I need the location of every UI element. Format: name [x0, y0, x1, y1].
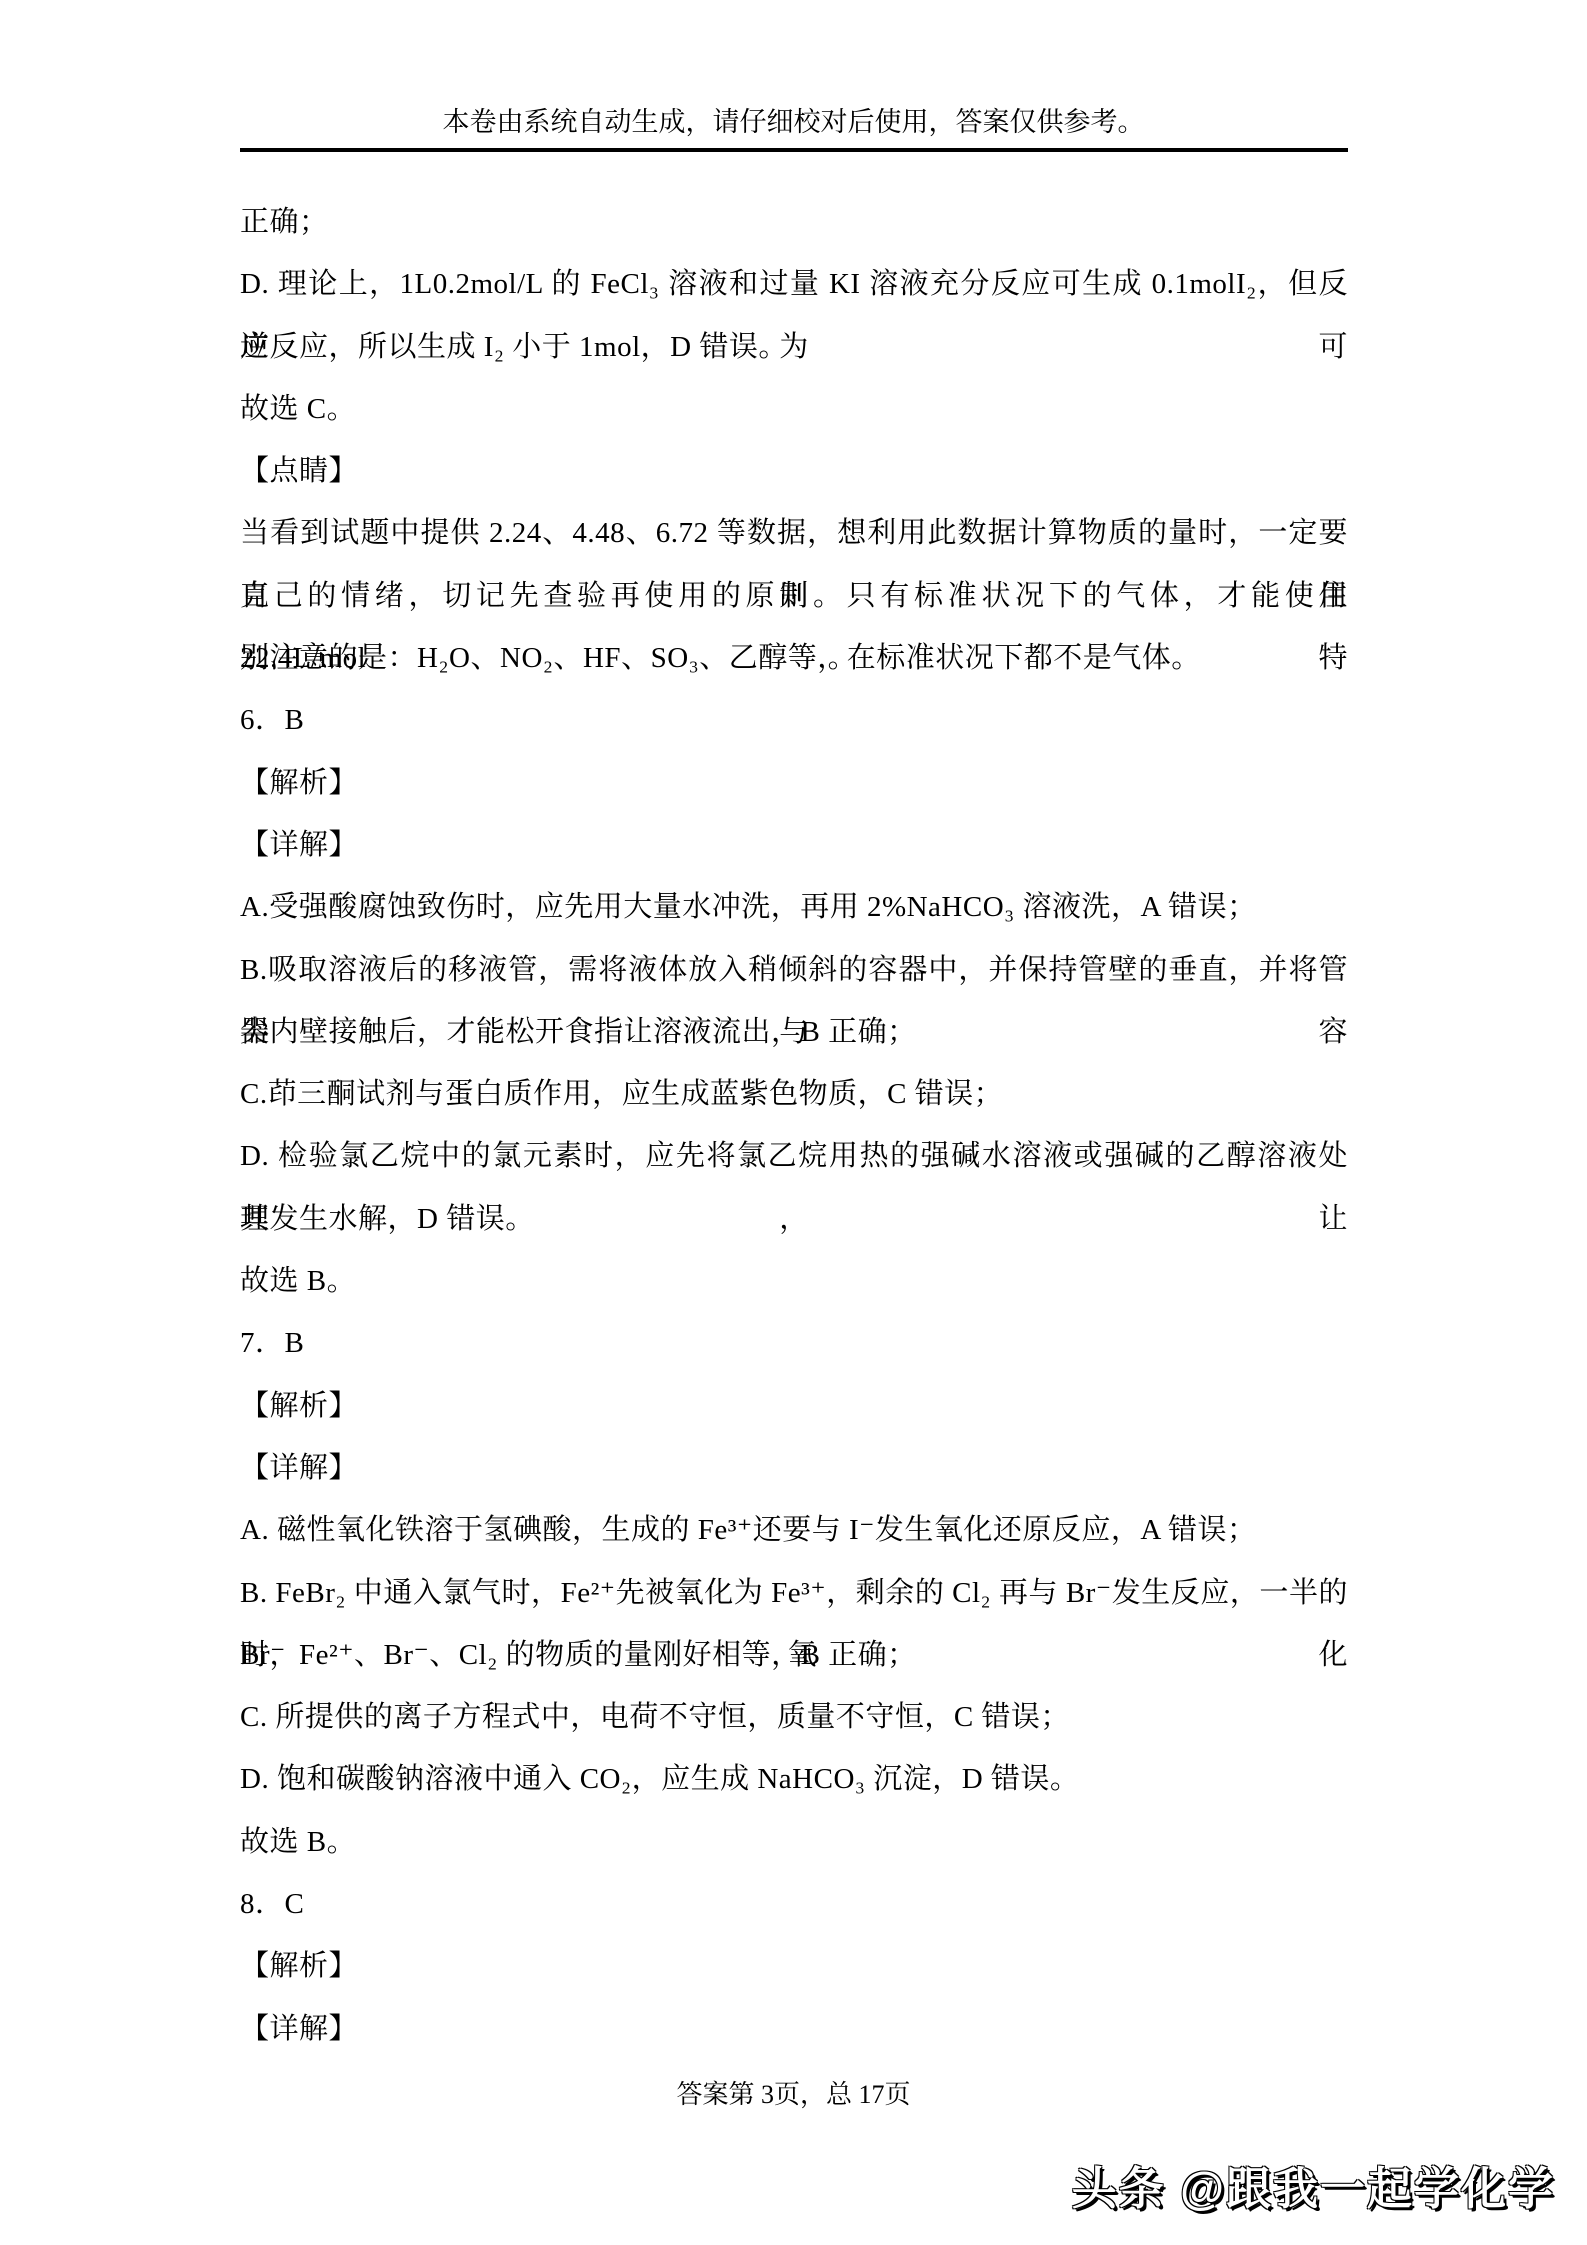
text-line: B.吸取溶液后的移液管，需将液体放入稍倾斜的容器中，并保持管壁的垂直，并将管尖与…: [240, 939, 1348, 1001]
text-line: C. 所提供的离子方程式中，电荷不守恒，质量不守恒，C 错误；: [240, 1686, 1348, 1748]
text-line: 正确；: [240, 191, 1348, 253]
footer-page-number: 答案第 3页，总 17页: [0, 2080, 1587, 2110]
text-line: D. 检验氯乙烷中的氯元素时，应先将氯乙烷用热的强碱水溶液或强碱的乙醇溶液处理，…: [240, 1125, 1348, 1187]
text-line: 8．C: [240, 1873, 1348, 1935]
text-line: A. 磁性氧化铁溶于氢碘酸，生成的 Fe³⁺还要与 I⁻发生氧化还原反应，A 错…: [240, 1499, 1348, 1561]
document-page: 本卷由系统自动生成，请仔细校对后使用，答案仅供参考。 正确；D. 理论上，1L0…: [0, 0, 1587, 2245]
answer-body-text: 正确；D. 理论上，1L0.2mol/L 的 FeCl₃ 溶液和过量 KI 溶液…: [240, 191, 1348, 2060]
text-line: 【详解】: [240, 1998, 1348, 2060]
text-line: 【点睛】: [240, 440, 1348, 502]
text-line: D. 理论上，1L0.2mol/L 的 FeCl₃ 溶液和过量 KI 溶液充分反…: [240, 253, 1348, 315]
text-line: D. 饱和碳酸钠溶液中通入 CO₂，应生成 NaHCO₃ 沉淀，D 错误。: [240, 1748, 1348, 1810]
text-line: 自己的情绪，切记先查验再使用的原则。只有标准状况下的气体，才能使用 22.4L/…: [240, 565, 1348, 627]
text-line: A.受强酸腐蚀致伤时，应先用大量水冲洗，再用 2%NaHCO₃ 溶液洗，A 错误…: [240, 876, 1348, 938]
text-line: 【解析】: [240, 1375, 1348, 1437]
header-divider-rule: [240, 148, 1348, 152]
text-line: 故选 B。: [240, 1811, 1348, 1873]
toutiao-watermark: 头条 @跟我一起学化学: [1072, 2152, 1555, 2217]
text-line: 别注意的是：H₂O、NO₂、HF、SO₃、乙醇等，在标准状况下都不是气体。: [240, 627, 1348, 689]
text-line: C.茚三酮试剂与蛋白质作用，应生成蓝紫色物质，C 错误；: [240, 1063, 1348, 1125]
text-line: 7．B: [240, 1312, 1348, 1374]
text-line: 【解析】: [240, 752, 1348, 814]
text-line: 6．B: [240, 689, 1348, 751]
header-notice: 本卷由系统自动生成，请仔细校对后使用，答案仅供参考。: [0, 106, 1587, 138]
text-line: 【解析】: [240, 1935, 1348, 1997]
text-line: 【详解】: [240, 814, 1348, 876]
text-line: 故选 C。: [240, 378, 1348, 440]
text-line: 【详解】: [240, 1437, 1348, 1499]
text-line: 故选 B。: [240, 1250, 1348, 1312]
text-line: B. FeBr₂ 中通入氯气时，Fe²⁺先被氧化为 Fe³⁺，剩余的 Cl₂ 再…: [240, 1562, 1348, 1624]
text-line: 当看到试题中提供 2.24、4.48、6.72 等数据，想利用此数据计算物质的量…: [240, 502, 1348, 564]
